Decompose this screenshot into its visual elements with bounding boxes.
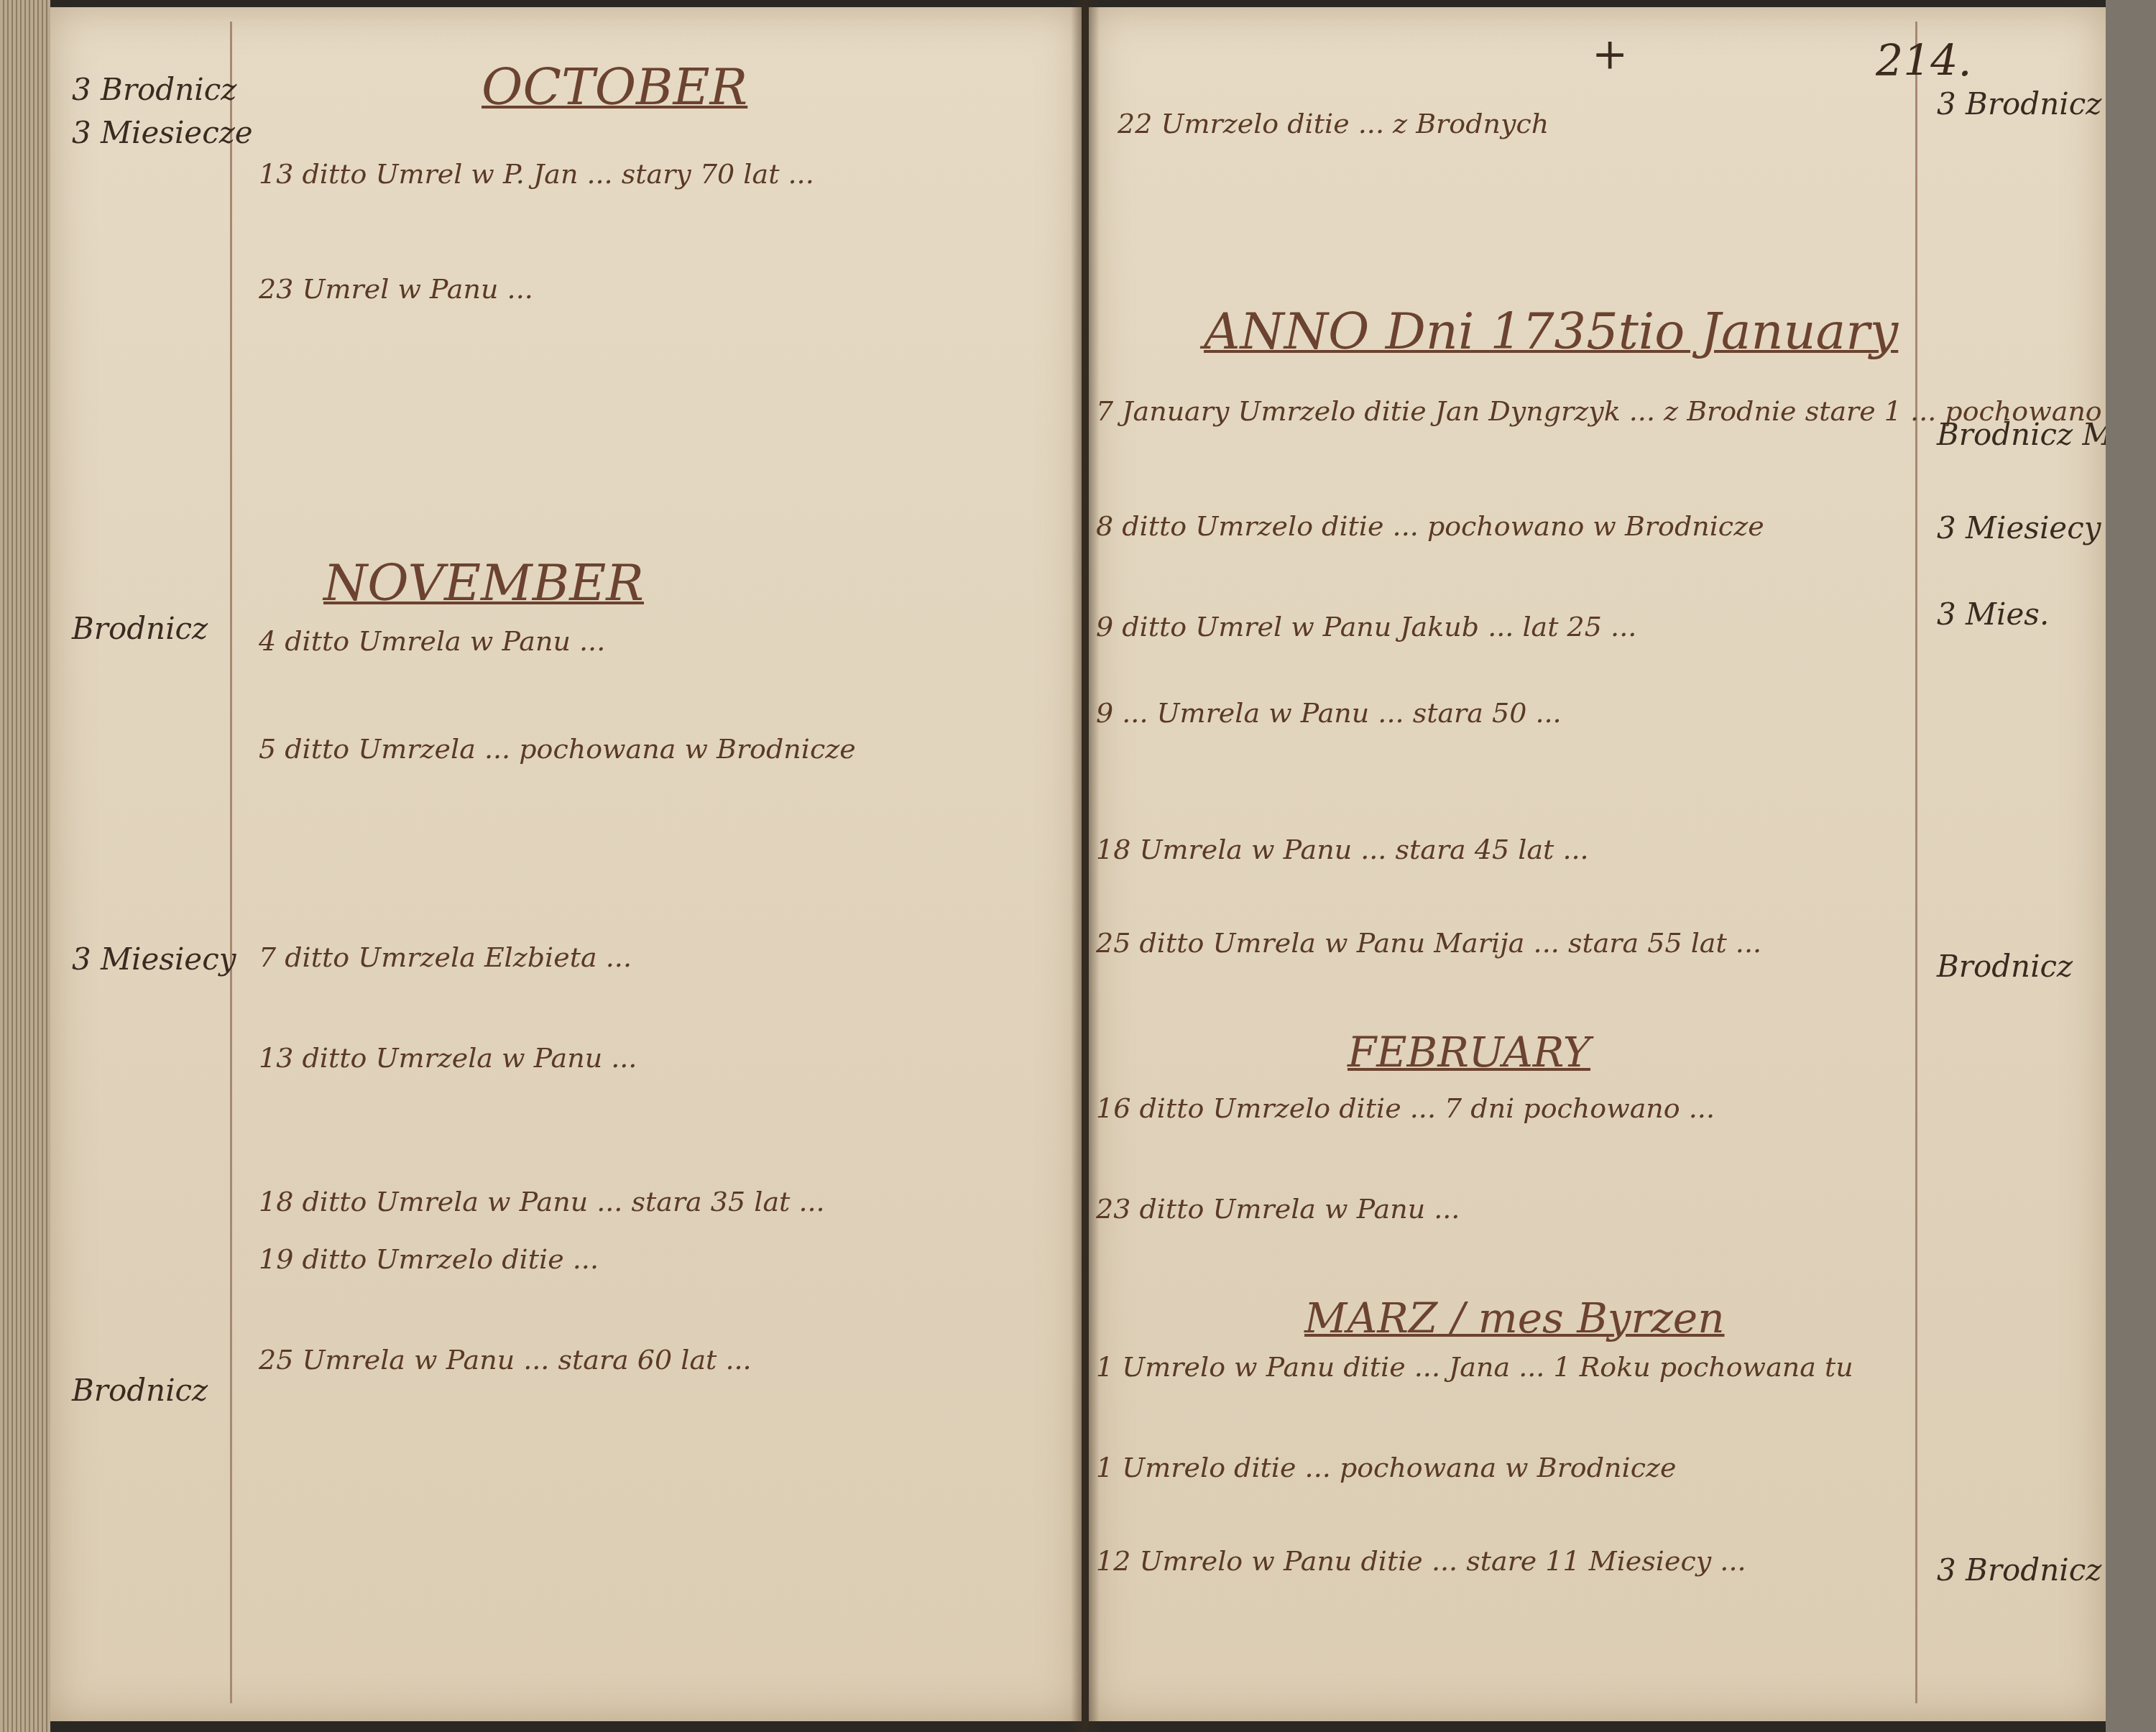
margin-note: 3 Brodnicz — [72, 72, 236, 107]
margin-note: Brodnicz M. — [1937, 417, 2123, 452]
left-page: OCTOBER NOVEMBER 3 Brodnicz 3 Miesiecze … — [50, 7, 1082, 1721]
margin-note: 3 Miesiecy — [72, 941, 236, 977]
month-heading-february: FEBRUARY — [1347, 1028, 1590, 1077]
register-entry: 25 Umrela w Panu ... stara 60 lat ... — [259, 1344, 752, 1376]
register-entry: 8 ditto Umrzelo ditie ... pochowano w Br… — [1096, 510, 1764, 542]
cross-mark: + — [1592, 29, 1628, 79]
register-entry: 25 ditto Umrela w Panu Marija ... stara … — [1096, 927, 1761, 959]
margin-note: Brodnicz — [1937, 949, 2073, 984]
right-page: 214. + ANNO Dni 1735tio January FEBRUARY… — [1089, 7, 2106, 1721]
register-entry: 19 ditto Umrzelo ditie ... — [259, 1243, 599, 1275]
margin-note: Brodnicz — [72, 611, 208, 646]
register-entry: 13 ditto Umrzela w Panu ... — [259, 1042, 637, 1074]
register-entry: 4 ditto Umrela w Panu ... — [259, 625, 605, 657]
book-page-edges-left — [0, 0, 50, 1732]
month-heading-october: OCTOBER — [482, 57, 747, 116]
register-entry: 23 ditto Umrela w Panu ... — [1096, 1193, 1460, 1225]
register-entry: 13 ditto Umrel w P. Jan ... stary 70 lat… — [259, 158, 814, 190]
margin-rule — [230, 22, 232, 1703]
register-entry: 12 Umrelo w Panu ditie ... stare 11 Mies… — [1096, 1545, 1746, 1577]
register-entry: 23 Umrel w Panu ... — [259, 273, 533, 305]
register-entry: 16 ditto Umrzelo ditie ... 7 dni pochowa… — [1096, 1092, 1715, 1124]
register-entry: 7 ditto Umrzela Elzbieta ... — [259, 941, 632, 973]
year-heading: ANNO Dni 1735tio January — [1204, 302, 1898, 361]
register-entry: 9 ... Umrela w Panu ... stara 50 ... — [1096, 697, 1562, 729]
month-heading-november: NOVEMBER — [323, 553, 644, 612]
register-entry: 1 Umrelo ditie ... pochowana w Brodnicze — [1096, 1452, 1676, 1483]
book-cover-edge-right — [2106, 0, 2156, 1732]
register-entry: 5 ditto Umrzela ... pochowana w Brodnicz… — [259, 733, 856, 765]
month-heading-march: MARZ / mes Byrzen — [1304, 1294, 1725, 1342]
register-entry: 18 Umrela w Panu ... stara 45 lat ... — [1096, 834, 1589, 865]
register-entry: 1 Umrelo w Panu ditie ... Jana ... 1 Rok… — [1096, 1351, 1853, 1383]
page-number: 214. — [1876, 36, 1972, 86]
margin-note: 3 Brodnicz — [1937, 1552, 2101, 1588]
book-gutter — [1071, 0, 1100, 1732]
register-entry: 9 ditto Umrel w Panu Jakub ... lat 25 ..… — [1096, 611, 1636, 642]
margin-rule — [1915, 22, 1917, 1703]
margin-note: 3 Mies. — [1937, 596, 2049, 632]
margin-note: 3 Miesiecze — [72, 115, 253, 150]
margin-note: Brodnicz — [72, 1373, 208, 1408]
margin-note: 3 Miesiecy — [1937, 510, 2101, 545]
register-entry: 18 ditto Umrela w Panu ... stara 35 lat … — [259, 1186, 825, 1217]
margin-note: 3 Brodnicz — [1937, 86, 2101, 121]
open-register-book: OCTOBER NOVEMBER 3 Brodnicz 3 Miesiecze … — [0, 0, 2156, 1732]
register-entry: 22 Umrzelo ditie ... z Brodnych — [1118, 108, 1549, 139]
